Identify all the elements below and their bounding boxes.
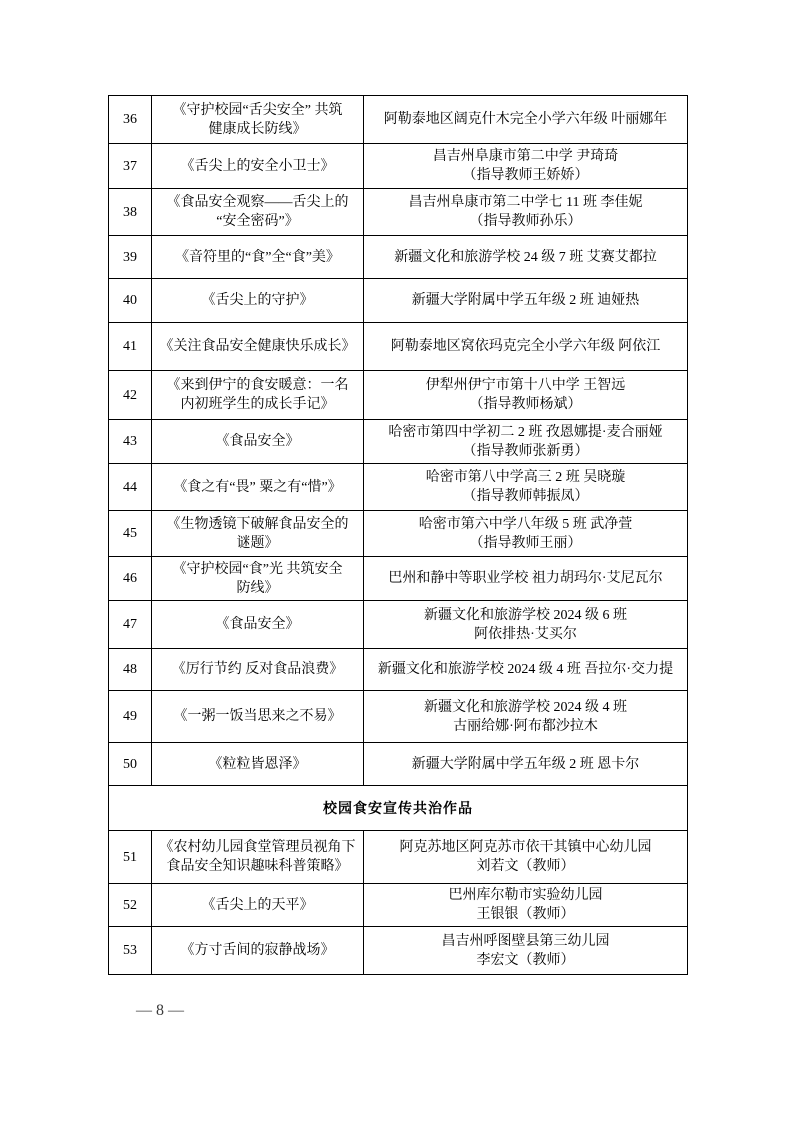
work-title-cell: 《方寸舌间的寂静战场》 [152, 927, 364, 975]
entrant-cell: 昌吉州呼图壁县第三幼儿园 李宏文（教师） [364, 927, 688, 975]
table-row: 50《粒粒皆恩泽》新疆大学附属中学五年级 2 班 恩卡尔 [109, 743, 688, 786]
document-page: 36《守护校园“舌尖安全” 共筑 健康成长防线》阿勒泰地区阔克什木完全小学六年级… [0, 0, 793, 1122]
table-row: 43《食品安全》哈密市第四中学初二 2 班 孜恩娜提·麦合丽娅 （指导教师张新勇… [109, 420, 688, 464]
table-row: 44《食之有“畏” 粟之有“惜”》哈密市第八中学高三 2 班 吴晓璇 （指导教师… [109, 464, 688, 511]
row-number-cell: 53 [109, 927, 152, 975]
row-number-cell: 39 [109, 236, 152, 279]
entrant-cell: 阿勒泰地区窝依玛克完全小学六年级 阿依江 [364, 323, 688, 371]
row-number-cell: 44 [109, 464, 152, 511]
work-title-cell: 《厉行节约 反对食品浪费》 [152, 649, 364, 691]
award-table-body: 36《守护校园“舌尖安全” 共筑 健康成长防线》阿勒泰地区阔克什木完全小学六年级… [109, 96, 688, 975]
entrant-cell: 巴州和静中等职业学校 祖力胡玛尔·艾尼瓦尔 [364, 557, 688, 601]
table-row: 42《来到伊宁的食安暖意：一名 内初班学生的成长手记》伊犁州伊宁市第十八中学 王… [109, 371, 688, 420]
entrant-cell: 新疆文化和旅游学校 2024 级 4 班 吾拉尔·交力提 [364, 649, 688, 691]
work-title-cell: 《关注食品安全健康快乐成长》 [152, 323, 364, 371]
row-number-cell: 36 [109, 96, 152, 144]
table-row: 53《方寸舌间的寂静战场》昌吉州呼图壁县第三幼儿园 李宏文（教师） [109, 927, 688, 975]
section-header-title: 校园食安宣传共治作品 [109, 786, 688, 831]
table-row: 40《舌尖上的守护》新疆大学附属中学五年级 2 班 迪娅热 [109, 279, 688, 323]
work-title-cell: 《生物透镜下破解食品安全的 谜题》 [152, 511, 364, 557]
table-row: 52《舌尖上的天平》巴州库尔勒市实验幼儿园 王银银（教师） [109, 884, 688, 927]
row-number-cell: 48 [109, 649, 152, 691]
work-title-cell: 《食品安全》 [152, 420, 364, 464]
entrant-cell: 昌吉州阜康市第二中学 尹琦琦 （指导教师王娇娇） [364, 144, 688, 189]
work-title-cell: 《农村幼儿园食堂管理员视角下 食品安全知识趣味科普策略》 [152, 831, 364, 884]
row-number-cell: 50 [109, 743, 152, 786]
work-title-cell: 《一粥一饭当思来之不易》 [152, 691, 364, 743]
work-title-cell: 《舌尖上的守护》 [152, 279, 364, 323]
row-number-cell: 40 [109, 279, 152, 323]
row-number-cell: 41 [109, 323, 152, 371]
work-title-cell: 《食品安全观察——舌尖上的 “安全密码”》 [152, 189, 364, 236]
table-row: 51《农村幼儿园食堂管理员视角下 食品安全知识趣味科普策略》阿克苏地区阿克苏市依… [109, 831, 688, 884]
row-number-cell: 49 [109, 691, 152, 743]
row-number-cell: 52 [109, 884, 152, 927]
entrant-cell: 巴州库尔勒市实验幼儿园 王银银（教师） [364, 884, 688, 927]
entrant-cell: 哈密市第六中学八年级 5 班 武净萱 （指导教师王丽） [364, 511, 688, 557]
entrant-cell: 哈密市第八中学高三 2 班 吴晓璇 （指导教师韩振凤） [364, 464, 688, 511]
table-row: 41《关注食品安全健康快乐成长》阿勒泰地区窝依玛克完全小学六年级 阿依江 [109, 323, 688, 371]
row-number-cell: 45 [109, 511, 152, 557]
entrant-cell: 新疆文化和旅游学校 2024 级 4 班 古丽给娜·阿布都沙拉木 [364, 691, 688, 743]
row-number-cell: 42 [109, 371, 152, 420]
table-row: 49《一粥一饭当思来之不易》新疆文化和旅游学校 2024 级 4 班 古丽给娜·… [109, 691, 688, 743]
work-title-cell: 《食之有“畏” 粟之有“惜”》 [152, 464, 364, 511]
entrant-cell: 哈密市第四中学初二 2 班 孜恩娜提·麦合丽娅 （指导教师张新勇） [364, 420, 688, 464]
entrant-cell: 新疆文化和旅游学校 24 级 7 班 艾赛艾都拉 [364, 236, 688, 279]
entrant-cell: 阿克苏地区阿克苏市依干其镇中心幼儿园 刘若文（教师） [364, 831, 688, 884]
entrant-cell: 新疆大学附属中学五年级 2 班 恩卡尔 [364, 743, 688, 786]
page-number: — 8 — [136, 1001, 184, 1021]
work-title-cell: 《舌尖上的天平》 [152, 884, 364, 927]
table-row: 47《食品安全》新疆文化和旅游学校 2024 级 6 班 阿依排热·艾买尔 [109, 601, 688, 649]
row-number-cell: 38 [109, 189, 152, 236]
table-row: 36《守护校园“舌尖安全” 共筑 健康成长防线》阿勒泰地区阔克什木完全小学六年级… [109, 96, 688, 144]
entrant-cell: 新疆大学附属中学五年级 2 班 迪娅热 [364, 279, 688, 323]
table-row: 46《守护校园“食”光 共筑安全 防线》巴州和静中等职业学校 祖力胡玛尔·艾尼瓦… [109, 557, 688, 601]
table-row: 39《音符里的“食”全“食”美》新疆文化和旅游学校 24 级 7 班 艾赛艾都拉 [109, 236, 688, 279]
row-number-cell: 47 [109, 601, 152, 649]
entrant-cell: 新疆文化和旅游学校 2024 级 6 班 阿依排热·艾买尔 [364, 601, 688, 649]
entrant-cell: 昌吉州阜康市第二中学七 11 班 李佳妮 （指导教师孙乐） [364, 189, 688, 236]
section-header-row: 校园食安宣传共治作品 [109, 786, 688, 831]
work-title-cell: 《音符里的“食”全“食”美》 [152, 236, 364, 279]
table-row: 38《食品安全观察——舌尖上的 “安全密码”》昌吉州阜康市第二中学七 11 班 … [109, 189, 688, 236]
work-title-cell: 《舌尖上的安全小卫士》 [152, 144, 364, 189]
work-title-cell: 《食品安全》 [152, 601, 364, 649]
work-title-cell: 《来到伊宁的食安暖意：一名 内初班学生的成长手记》 [152, 371, 364, 420]
award-table: 36《守护校园“舌尖安全” 共筑 健康成长防线》阿勒泰地区阔克什木完全小学六年级… [108, 95, 688, 975]
work-title-cell: 《守护校园“食”光 共筑安全 防线》 [152, 557, 364, 601]
table-row: 37《舌尖上的安全小卫士》昌吉州阜康市第二中学 尹琦琦 （指导教师王娇娇） [109, 144, 688, 189]
table-row: 45《生物透镜下破解食品安全的 谜题》哈密市第六中学八年级 5 班 武净萱 （指… [109, 511, 688, 557]
row-number-cell: 43 [109, 420, 152, 464]
entrant-cell: 阿勒泰地区阔克什木完全小学六年级 叶丽娜年 [364, 96, 688, 144]
row-number-cell: 51 [109, 831, 152, 884]
row-number-cell: 37 [109, 144, 152, 189]
work-title-cell: 《守护校园“舌尖安全” 共筑 健康成长防线》 [152, 96, 364, 144]
entrant-cell: 伊犁州伊宁市第十八中学 王智远 （指导教师杨斌） [364, 371, 688, 420]
row-number-cell: 46 [109, 557, 152, 601]
work-title-cell: 《粒粒皆恩泽》 [152, 743, 364, 786]
table-row: 48《厉行节约 反对食品浪费》新疆文化和旅游学校 2024 级 4 班 吾拉尔·… [109, 649, 688, 691]
